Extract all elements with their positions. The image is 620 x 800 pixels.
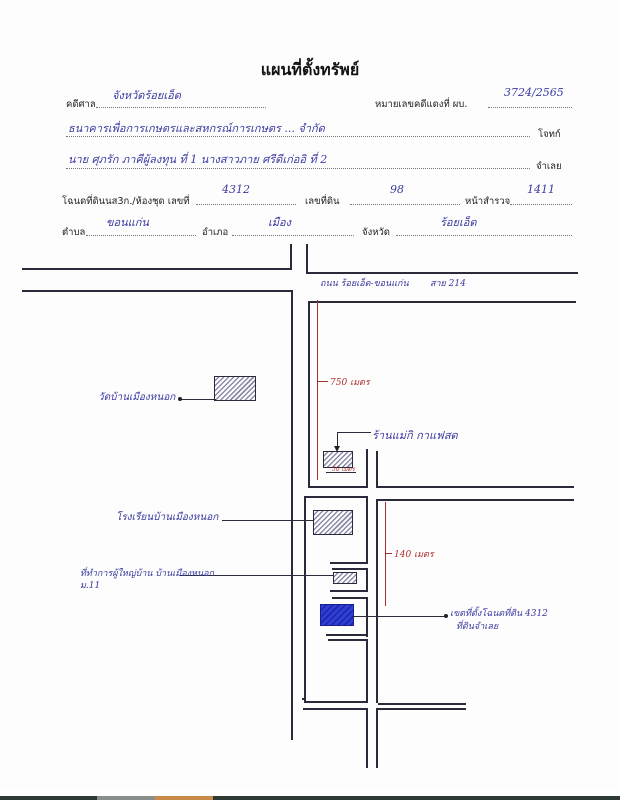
landmark-target-owner: ที่ดินจำเลย — [456, 619, 498, 633]
defendant-value: นาย ศุภรัก ภาคีผู้ลงทุน ที่ 1 นางสาวภาย … — [68, 150, 327, 168]
court-label: คดีศาล — [66, 97, 96, 112]
bottom-road-north-west — [303, 708, 367, 710]
side-road-west-edge — [376, 451, 378, 487]
shop-leader-horizontal — [337, 432, 371, 433]
main-road-edge-left — [291, 290, 293, 740]
title-deed-label: โฉนดที่ดินนส3ก./ห้องชุด เลขที่ — [62, 194, 190, 209]
block-south-right-bottom — [366, 639, 368, 702]
school-leader — [222, 520, 314, 521]
block-south-right-mid — [366, 568, 368, 590]
alley3-bottom — [328, 639, 368, 641]
school-building — [313, 510, 353, 535]
distance-north-label: 750 เมตร — [330, 375, 370, 389]
target-parcel-leader — [352, 616, 446, 617]
east-block-left — [376, 499, 378, 703]
case-number-dotted-line — [488, 107, 572, 108]
cross-road-edge-right-top — [306, 244, 308, 272]
defendant-dotted-line — [66, 168, 530, 169]
bottom-road-north-east — [376, 708, 466, 710]
block-south-right-upper — [366, 496, 368, 564]
alley3-top — [326, 634, 368, 636]
province-value: ร้อยเอ็ด — [440, 213, 476, 231]
province-label: จังหวัด — [362, 225, 390, 240]
shop-width-label: 50 เมตร — [332, 464, 355, 474]
case-number-label: หมายเลขคดีแดงที่ ผบ. — [375, 97, 467, 112]
main-road-edge-right-north — [308, 301, 310, 486]
survey-page-dotted-line — [510, 204, 572, 205]
road-edge-top-left — [22, 268, 290, 270]
shop-arrow-icon — [334, 446, 340, 452]
land-no-value: 98 — [390, 183, 404, 196]
survey-page-label: หน้าสำรวจ — [465, 194, 510, 209]
measure-south-line — [385, 502, 386, 606]
landmark-school: โรงเรียนบ้านเมืองหนอก — [116, 510, 218, 525]
measure-south-tick — [386, 553, 392, 554]
viewer-bottom-segment-gray — [97, 796, 155, 800]
defendant-label: จำเลย — [536, 159, 562, 174]
east-block-bottom — [378, 703, 466, 705]
survey-page-value: 1411 — [527, 183, 555, 196]
viewer-bottom-bar — [0, 796, 620, 800]
block-north-bottom — [308, 486, 368, 488]
road-name-label: ถนน ร้อยเอ็ด-ขอนแก่น — [320, 276, 409, 290]
cross-road-edge-left-top — [290, 244, 292, 270]
subdistrict-label: ตำบล — [62, 225, 85, 240]
block-south-top — [304, 496, 368, 498]
document-title: แผนที่ตั้งทรัพย์ — [0, 58, 620, 83]
block-south-bottom — [304, 701, 368, 703]
province-dotted-line — [396, 235, 572, 236]
road-route-label: สาย 214 — [430, 276, 466, 290]
temple-building — [214, 376, 256, 401]
district-label: อำเภอ — [202, 225, 228, 240]
block-south-left — [304, 496, 306, 702]
temple-leader-dot — [178, 397, 182, 401]
landmark-shop: ร้านแม่กิ กาแฟสด — [372, 426, 458, 444]
measure-north-tick — [318, 381, 328, 382]
bottom-road-east-edge — [376, 708, 378, 768]
document-page: แผนที่ตั้งทรัพย์ คดีศาล จังหวัดร้อยเอ็ด … — [0, 0, 620, 790]
side-road-south-edge — [378, 499, 574, 501]
land-no-dotted-line — [350, 204, 460, 205]
landmark-target-parcel: เขตที่ตั้งโฉนดที่ดิน 4312 — [450, 606, 548, 620]
district-value: เมือง — [268, 213, 291, 231]
block-south-right-lower — [366, 597, 368, 637]
alley1-bottom — [332, 568, 368, 570]
side-road-north-edge — [376, 486, 574, 488]
landmark-village-office-moo: ม.11 — [80, 578, 100, 592]
alley1-top — [330, 562, 368, 564]
subdistrict-value: ขอนแก่น — [106, 213, 149, 231]
target-parcel-leader-dot — [444, 614, 448, 618]
alley2-top — [330, 590, 368, 592]
road-edge-bottom-right — [308, 301, 576, 303]
plaintiff-value: ธนาคารเพื่อการเกษตรและสหกรณ์การเกษตร ...… — [68, 119, 325, 137]
shop-leader-vertical — [337, 432, 338, 447]
district-dotted-line — [232, 235, 354, 236]
target-parcel — [320, 604, 354, 626]
block-north-right — [366, 449, 368, 487]
landmark-temple: วัดบ้านเมืองหนอก — [98, 390, 175, 405]
distance-south-label: 140 เมตร — [394, 547, 434, 561]
court-value: จังหวัดร้อยเอ็ด — [112, 86, 181, 104]
viewer-bottom-segment-orange — [155, 796, 213, 800]
subdistrict-dotted-line — [86, 235, 196, 236]
court-dotted-line — [96, 107, 266, 108]
temple-leader — [180, 399, 216, 400]
road-edge-bottom-left — [22, 290, 292, 292]
village-office-building — [333, 572, 357, 584]
bottom-road-west-edge — [366, 708, 368, 768]
title-deed-dotted-line — [196, 204, 296, 205]
bottom-stub — [302, 698, 305, 700]
case-number-value: 3724/2565 — [504, 86, 564, 99]
road-edge-top-right — [306, 272, 578, 274]
land-no-label: เลขที่ดิน — [305, 194, 340, 209]
measure-north-line — [317, 300, 318, 480]
alley2-bottom — [332, 597, 368, 599]
plaintiff-label: โจทก์ — [538, 127, 561, 142]
title-deed-value: 4312 — [222, 183, 250, 196]
